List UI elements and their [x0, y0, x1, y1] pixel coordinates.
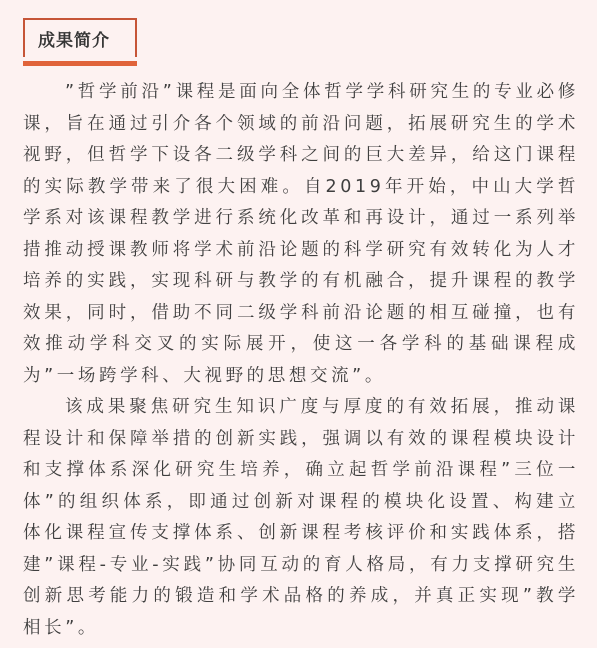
- section-title-underline: [23, 61, 137, 66]
- section-header: 成果简介: [23, 18, 137, 66]
- section-title: 成果简介: [38, 26, 110, 51]
- article-body: ”哲学前沿”课程是面向全体哲学学科研究生的专业必修课，旨在通过引介各个领域的前沿…: [23, 77, 579, 644]
- paragraph-intro: ”哲学前沿”课程是面向全体哲学学科研究生的专业必修课，旨在通过引介各个领域的前沿…: [23, 77, 579, 392]
- paragraph-achievements: 该成果聚焦研究生知识广度与厚度的有效拓展，推动课程设计和保障举措的创新实践，强调…: [23, 392, 579, 644]
